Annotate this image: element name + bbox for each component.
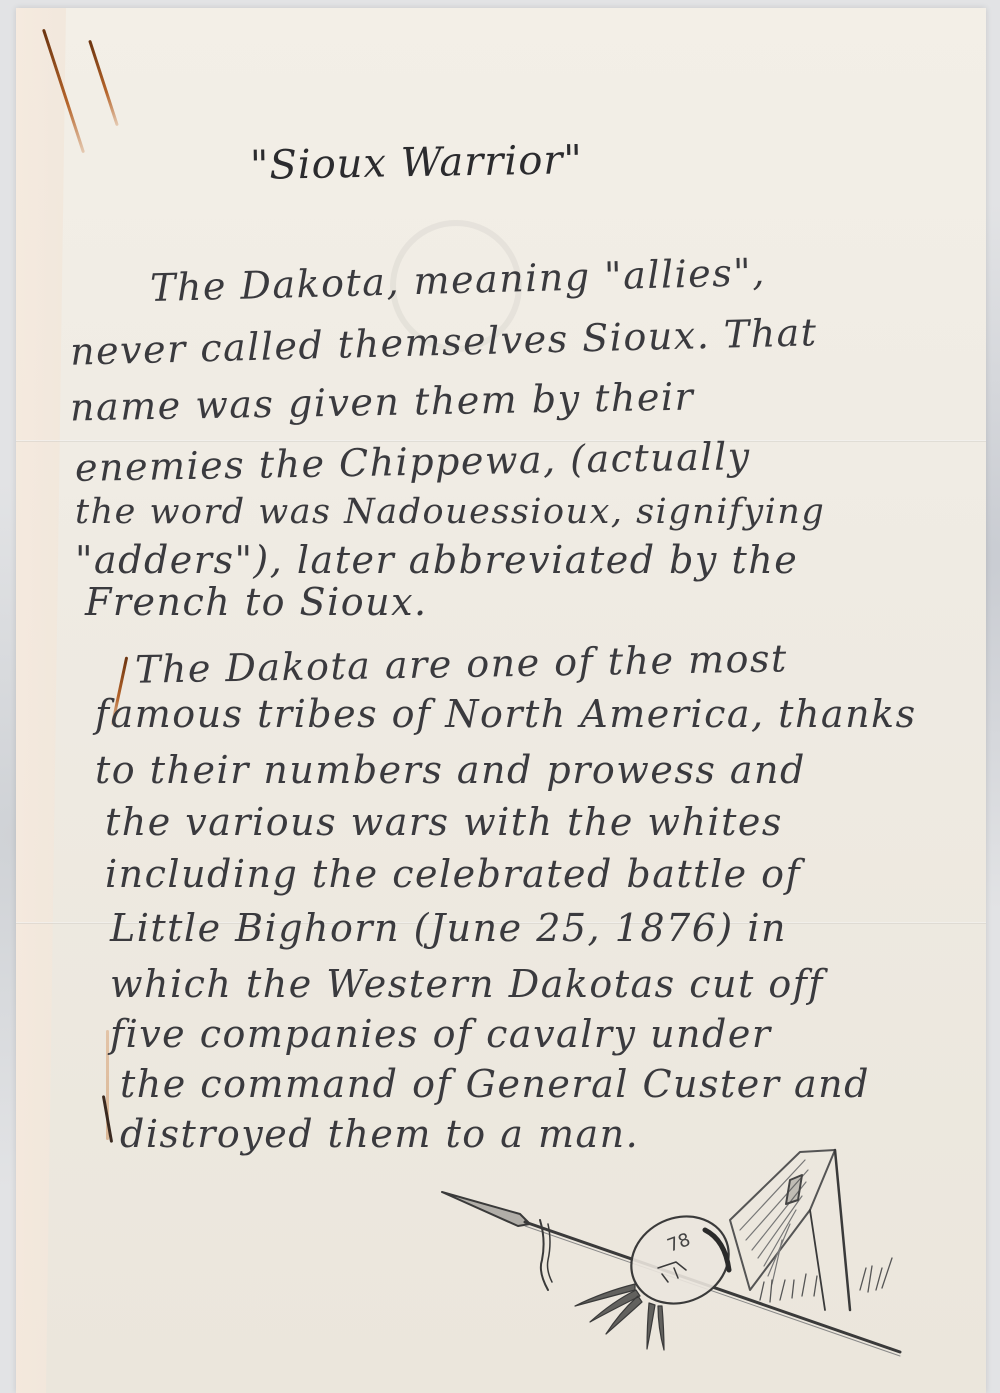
warrior-burial-sketch-illustration: 78 [430, 1140, 910, 1393]
grass-icon [760, 1258, 892, 1302]
document-title: "Sioux Warrior" [250, 137, 584, 189]
text-line: the various wars with the whites [105, 800, 783, 844]
text-line: five companies of cavalry under [110, 1012, 772, 1056]
text-line: the word was Nadouessioux, signifying [75, 492, 825, 532]
text-line: the command of General Custer and [120, 1062, 870, 1106]
text-line: including the celebrated battle of [105, 852, 801, 896]
text-line: French to Sioux. [85, 580, 428, 624]
text-line: famous tribes of North America, thanks [95, 692, 917, 736]
text-line: which the Western Dakotas cut off [110, 962, 824, 1006]
text-line: Little Bighorn (June 25, 1876) in [110, 906, 787, 950]
burial-scaffold-icon [730, 1150, 850, 1310]
text-line: to their numbers and prowess and [95, 748, 806, 792]
text-line: "adders"), later abbreviated by the [75, 538, 798, 582]
